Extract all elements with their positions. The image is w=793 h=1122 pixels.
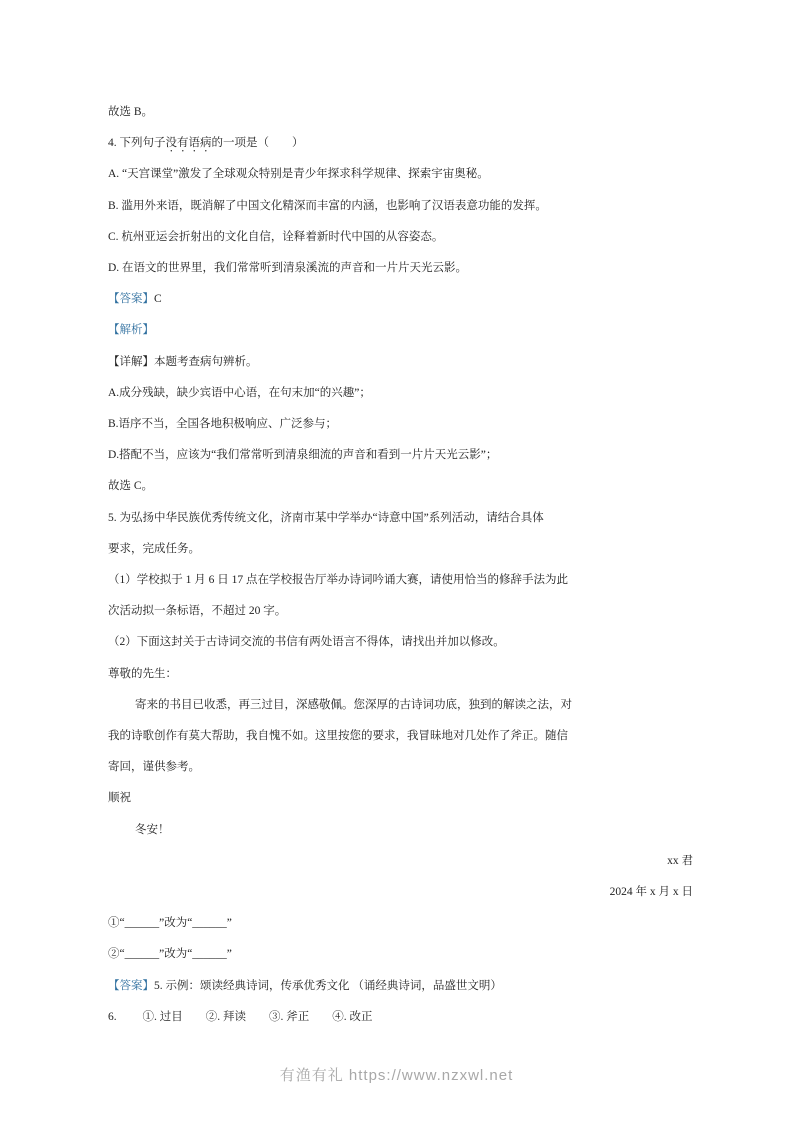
q4-stem-suffix: 的一项是（ ） [212,137,304,149]
letter-date: 2024 年 x 月 x 日 [108,877,693,908]
q5-stem-line2: 要求，完成任务。 [108,534,693,565]
q4-option-b: B. 滥用外来语，既消解了中国文化精深而丰富的内涵，也影响了汉语表意功能的发挥。 [108,191,693,222]
q4-conclusion: 故选 C。 [108,471,693,502]
q4-detail-text: 本题考查病句辨析。 [154,356,258,368]
exam-page-body: 故选 B。 4. 下列句子没有语病的一项是（ ） A. “天宫课堂”激发了全球观… [108,97,693,1033]
q5-task2: （2）下面这封关于古诗词交流的书信有两处语言不得体，请找出并加以修改。 [108,627,693,658]
q5-answer-text: 5. 示例：颂读经典诗词，传承优秀文化 （诵经典诗词，品盛世文明） [154,980,502,992]
q4-detail-label: 【详解】 [108,356,154,368]
q5-task1-line2: 次活动拟一条标语，不超过 20 字。 [108,596,693,627]
letter-salutation: 尊敬的先生： [108,659,693,690]
q5-blank-1: ①“______”改为“______” [108,908,693,939]
q5-stem-line1: 5. 为弘扬中华民族优秀传统文化，济南市某中学举办“诗意中国”系列活动，请结合具… [108,503,693,534]
letter-wish: 冬安！ [108,815,693,846]
q4-detail-line: 【详解】本题考查病句辨析。 [108,347,693,378]
q4-answer-value: C [154,293,162,305]
q4-answer-label: 【答案】 [108,293,154,305]
q6-answer-line: 6. ①. 过目 ②. 拜读 ③. 斧正 ④. 改正 [108,1002,693,1033]
letter-body-line3: 寄回，谨供参考。 [108,752,693,783]
q4-answer-line: 【答案】C [108,284,693,315]
q3-conclusion: 故选 B。 [108,97,693,128]
letter-signature: xx 君 [108,846,693,877]
q4-detail-b: B.语序不当，全国各地积极响应、广泛参与； [108,409,693,440]
q4-analysis-label: 【解析】 [108,324,154,336]
q4-detail-d: D.搭配不当，应该为“我们常常听到清泉细流的声音和看到一片片天光云影”； [108,440,693,471]
q5-blank-2: ②“______”改为“______” [108,939,693,970]
q5-answer-label: 【答案】 [108,980,154,992]
site-watermark: 有渔有礼 https://www.nzxwl.net [0,1064,793,1085]
q4-option-c: C. 杭州亚运会折射出的文化自信，诠释着新时代中国的从容姿态。 [108,222,693,253]
q4-stem: 4. 下列句子没有语病的一项是（ ） [108,128,693,159]
q4-stem-emphasized: 没有语病 [166,137,212,149]
q4-option-d: D. 在语文的世界里，我们常常听到清泉溪流的声音和一片片天光云影。 [108,253,693,284]
letter-body-line2: 我的诗歌创作有莫大帮助，我自愧不如。这里按您的要求，我冒昧地对几处作了斧正。随信 [108,721,693,752]
q4-stem-prefix: 4. 下列句子 [108,137,166,149]
q5-answer-line: 【答案】5. 示例：颂读经典诗词，传承优秀文化 （诵经典诗词，品盛世文明） [108,971,693,1002]
letter-body-line1: 寄来的书目已收悉，再三过目，深感敬佩。您深厚的古诗词功底，独到的解读之法，对 [108,690,693,721]
q4-detail-a: A.成分残缺，缺少宾语中心语，在句末加“的兴趣”； [108,378,693,409]
letter-closing: 顺祝 [108,783,693,814]
q5-task1-line1: （1）学校拟于 1 月 6 日 17 点在学校报告厅举办诗词吟诵大赛，请使用恰当… [108,565,693,596]
q4-option-a: A. “天宫课堂”激发了全球观众特别是青少年探求科学规律、探索宇宙奥秘。 [108,159,693,190]
q4-analysis-line: 【解析】 [108,315,693,346]
